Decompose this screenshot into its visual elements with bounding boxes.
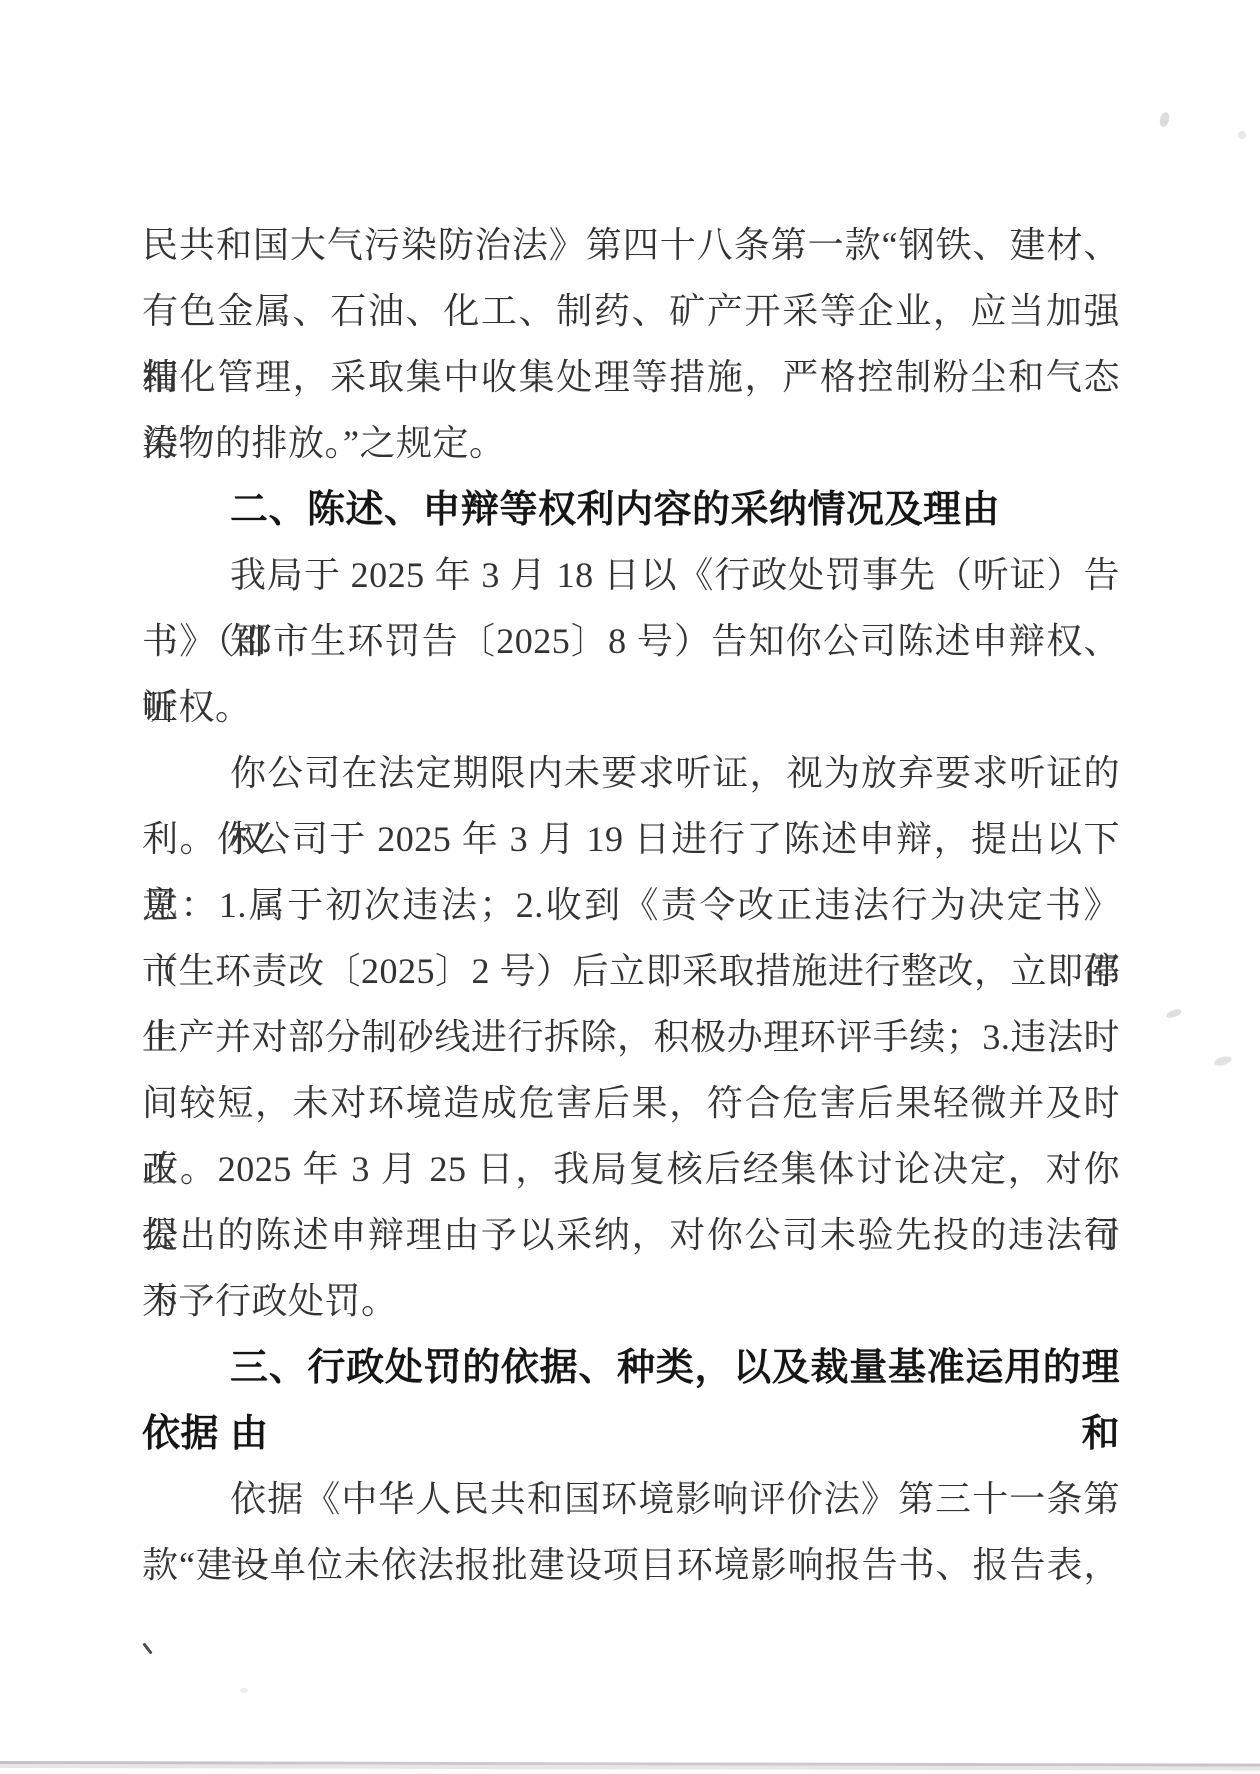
scan-smudge	[240, 1688, 248, 1693]
text-line: 你公司在法定期限内未要求听证，视为放弃要求听证的权	[142, 740, 1120, 806]
text-line: 市生环责改〔2025〕2 号）后立即采取措施进行整改，立即停止	[142, 938, 1120, 1004]
scan-edge-shadow	[0, 1764, 1260, 1771]
document-body: 民共和国大气污染防治法》第四十八条第一款“钢铁、建材、有色金属、石油、化工、制药…	[142, 212, 1120, 1598]
text-line: 依据《中华人民共和国环境影响评价法》第三十一条第一	[142, 1466, 1120, 1532]
text-line: 细化管理，采取集中收集处理等措施，严格控制粉尘和气态污	[142, 344, 1120, 410]
text-line: 间较短，未对环境造成危害后果，符合危害后果轻微并及时改	[142, 1070, 1120, 1136]
text-line: 民共和国大气污染防治法》第四十八条第一款“钢铁、建材、	[142, 212, 1120, 278]
section-heading-line: 二、陈述、申辩等权利内容的采纳情况及理由	[142, 476, 1120, 542]
text-line: 有色金属、石油、化工、制药、矿产开采等企业，应当加强精	[142, 278, 1120, 344]
scan-smudge	[1158, 111, 1171, 128]
text-line: 书》（邵市生环罚告〔2025〕8 号）告知你公司陈述申辩权、听	[142, 608, 1120, 674]
section-heading-line: 三、行政处罚的依据、种类，以及裁量基准运用的理由和	[142, 1334, 1120, 1400]
scan-edge-line	[0, 1761, 1260, 1767]
text-line: 不予行政处罚。	[142, 1268, 1120, 1334]
text-line: 证权。	[142, 674, 1120, 740]
scan-tick-mark	[142, 1642, 152, 1654]
text-line: 我局于 2025 年 3 月 18 日以《行政处罚事先（听证）告知	[142, 542, 1120, 608]
text-line: 生产并对部分制砂线进行拆除，积极办理环评手续；3.违法时	[142, 1004, 1120, 1070]
text-line: 提出的陈述申辩理由予以采纳，对你公司未验先投的违法行为	[142, 1202, 1120, 1268]
scanned-document-page: 民共和国大气污染防治法》第四十八条第一款“钢铁、建材、有色金属、石油、化工、制药…	[0, 0, 1260, 1774]
text-line: 正。2025 年 3 月 25 日，我局复核后经集体讨论决定，对你公司	[142, 1136, 1120, 1202]
text-line: 见：1.属于初次违法；2.收到《责令改正违法行为决定书》（邵	[142, 872, 1120, 938]
scan-smudge	[1165, 1007, 1182, 1019]
scan-smudge	[1213, 1055, 1232, 1067]
text-line: 利。你公司于 2025 年 3 月 19 日进行了陈述申辩，提出以下意	[142, 806, 1120, 872]
text-line: 染物的排放。”之规定。	[142, 410, 1120, 476]
scan-smudge	[1238, 131, 1246, 139]
text-line: 款“建设单位未依法报批建设项目环境影响报告书、报告表，	[142, 1532, 1120, 1598]
